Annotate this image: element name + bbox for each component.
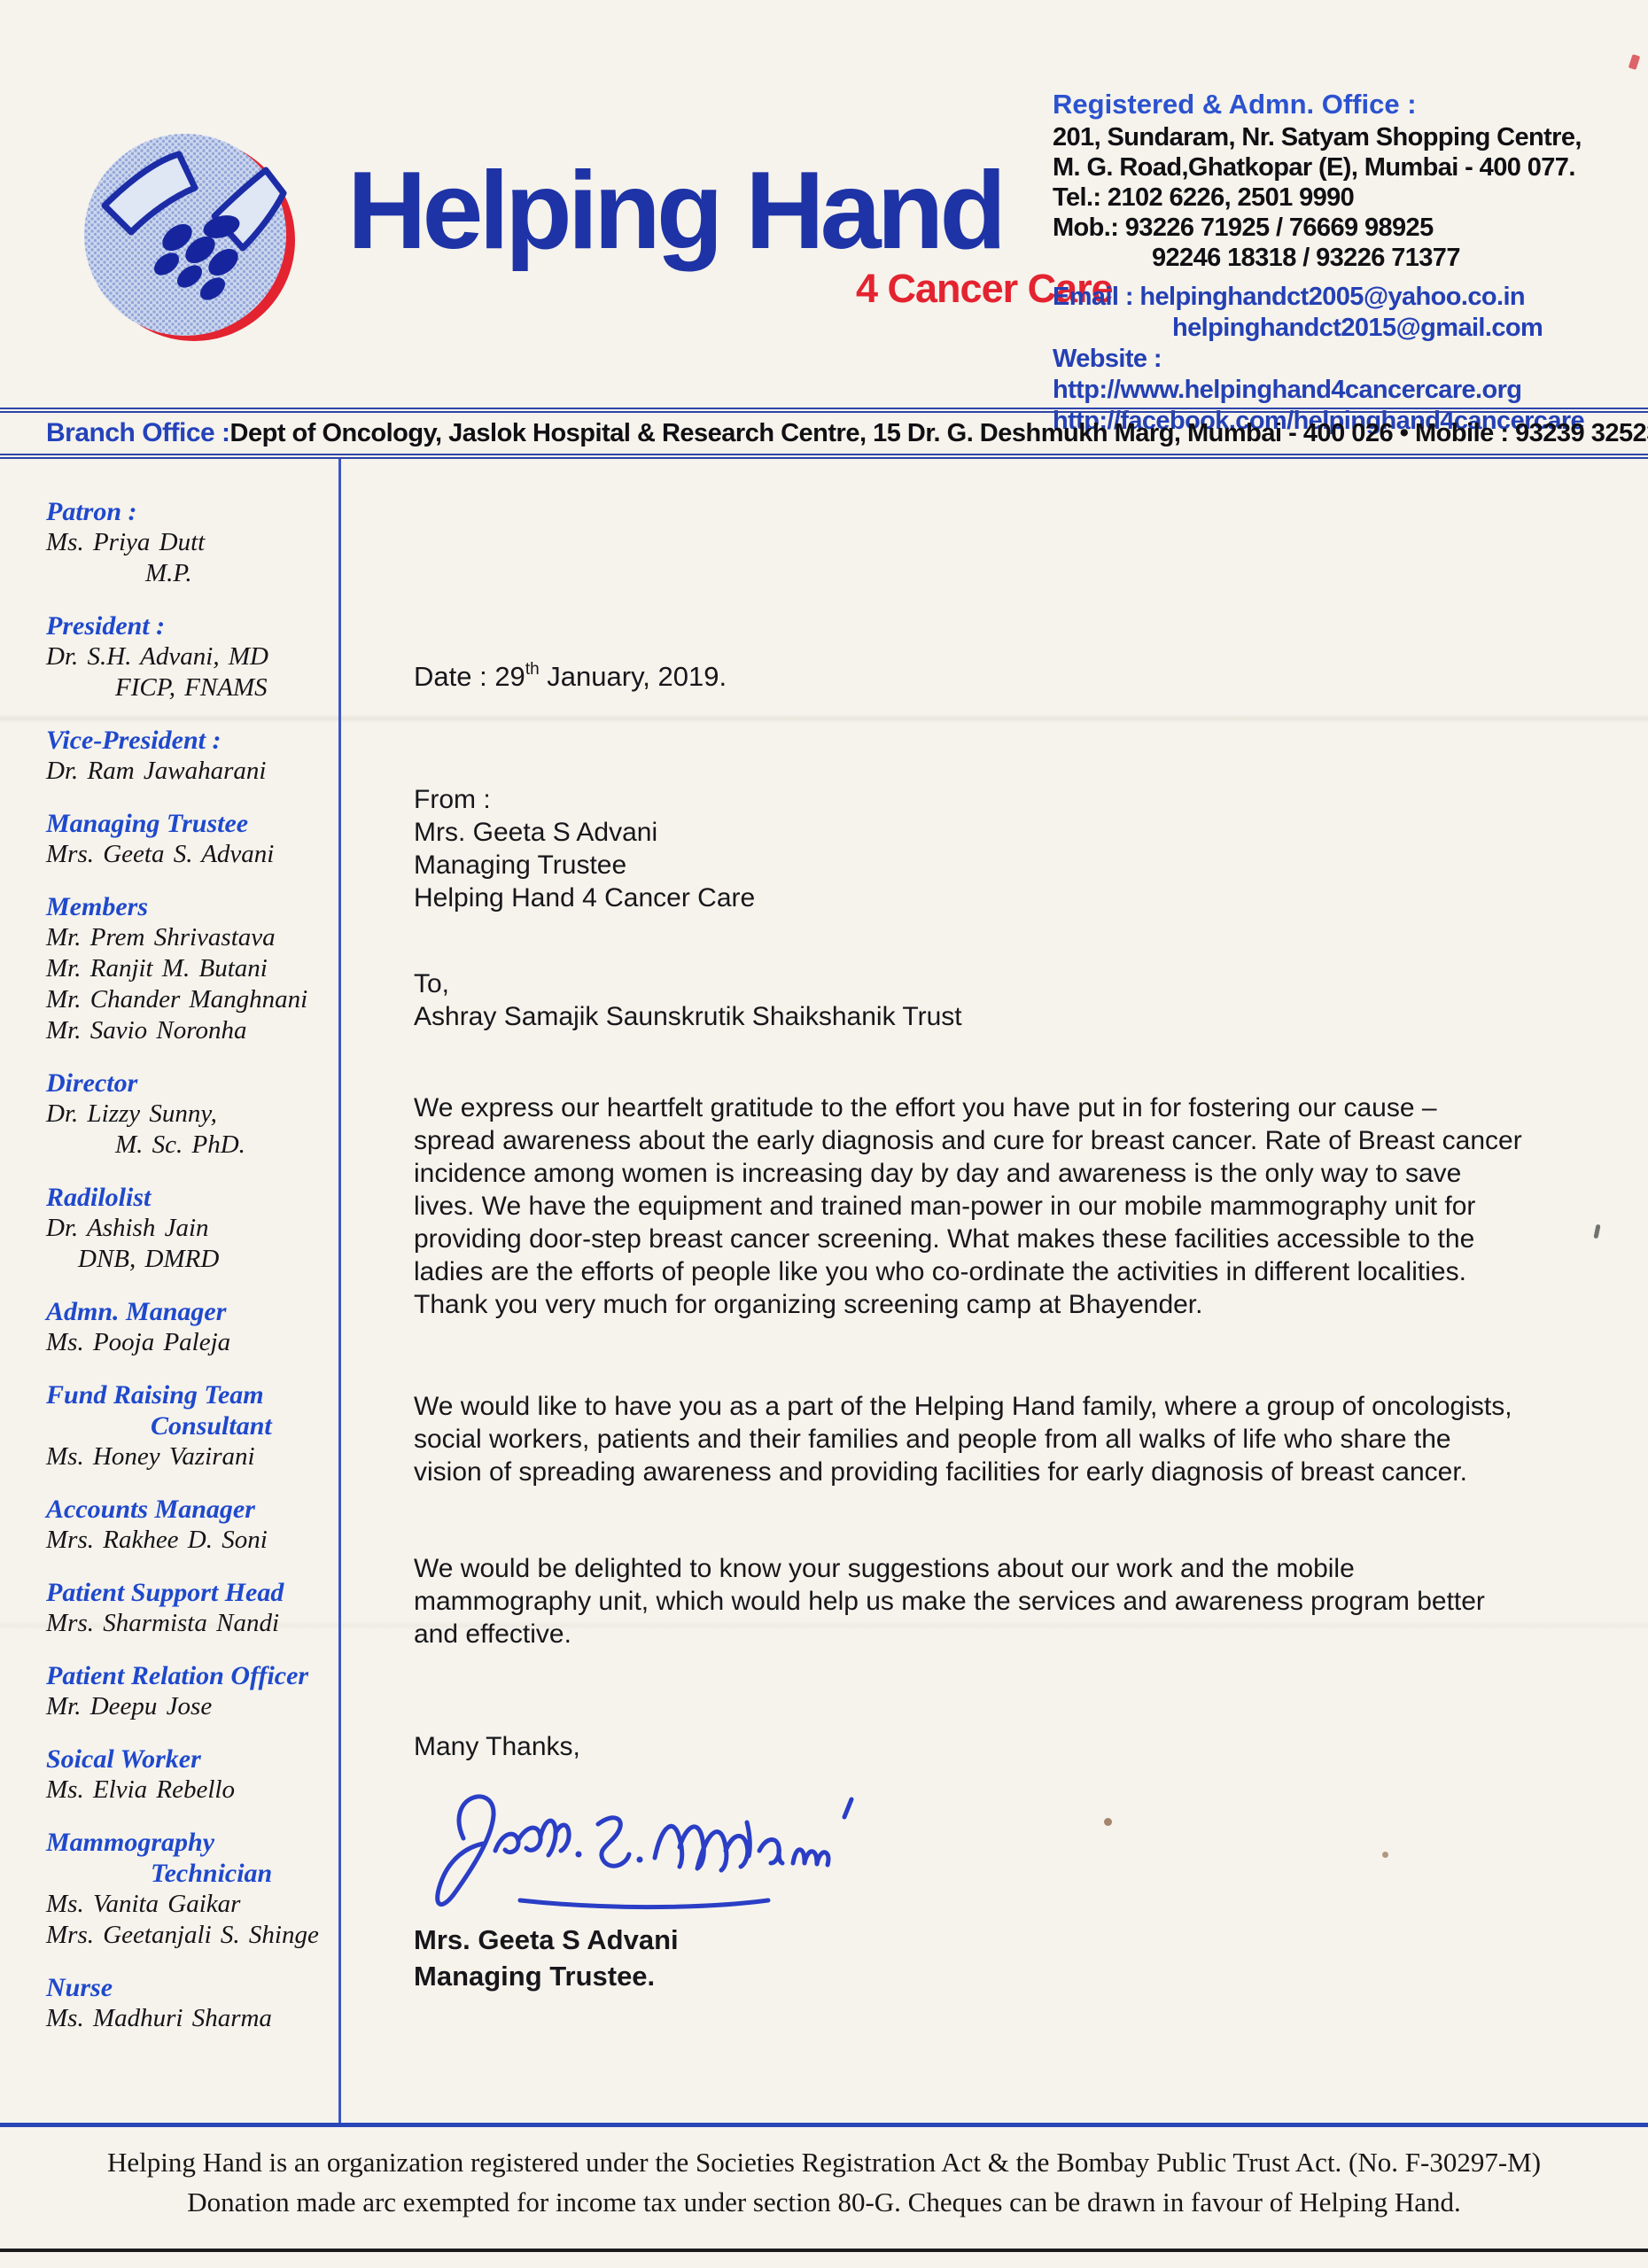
office-email: helpinghandct2015@gmail.com <box>1053 313 1629 344</box>
to-block: To, Ashray Samajik Saunskrutik Shaikshan… <box>414 967 1524 1033</box>
sidebar-row: Radilolist <box>46 1182 338 1213</box>
sidebar-row: Ms. Pooja Paleja <box>46 1327 338 1358</box>
officers-sidebar: Patron : Ms. Priya Dutt M.P. President :… <box>0 459 341 2124</box>
footer-line: Helping Hand is an organization register… <box>0 2142 1648 2182</box>
date-ordinal: th <box>525 660 540 679</box>
office-tel: Tel.: 2102 6226, 2501 9990 <box>1053 183 1629 213</box>
sidebar-row: Fund Raising Team <box>46 1379 338 1410</box>
from-block: From : Mrs. Geeta S Advani Managing Trus… <box>414 783 1524 914</box>
sidebar-row: Dr. Ashish Jain <box>46 1213 338 1244</box>
branch-office-text: Dept of Oncology, Jaslok Hospital & Rese… <box>230 419 1648 448</box>
registered-office-label: Registered & Admn. Office : <box>1053 89 1629 120</box>
sidebar-row: Admn. Manager <box>46 1296 338 1327</box>
letter-body: Date : 29th January, 2019. From : Mrs. G… <box>341 459 1648 2124</box>
sidebar-row: Ms. Priya Dutt <box>46 527 338 558</box>
from-name: Mrs. Geeta S Advani <box>414 816 1524 849</box>
sidebar-row: Dr. S.H. Advani, MD <box>46 641 338 672</box>
sidebar-row: Mr. Deepu Jose <box>46 1691 338 1722</box>
scanned-letter-page: Helping Hand 4 Cancer Care Registered & … <box>0 0 1648 2268</box>
sidebar-row: Patient Support Head <box>46 1577 338 1608</box>
sidebar-row: Mr. Ranjit M. Butani <box>46 953 338 984</box>
sidebar-row: DNB, DMRD <box>46 1244 338 1275</box>
to-label: To, <box>414 967 1524 1000</box>
sidebar-row: Mammography <box>46 1827 338 1858</box>
sidebar-row: Mr. Chander Manghnani <box>46 984 338 1015</box>
sidebar-row: Mrs. Geetanjali S. Shinge <box>46 1920 338 1951</box>
org-title: Helping Hand <box>347 156 1002 266</box>
sidebar-row: Technician <box>46 1858 338 1889</box>
signed-block: Mrs. Geeta S Advani Managing Trustee. <box>414 1922 1524 1994</box>
registered-office-block: Registered & Admn. Office : 201, Sundara… <box>1053 89 1629 437</box>
sidebar-row: Nurse <box>46 1972 338 2003</box>
footer-bottom-rule <box>0 2249 1648 2252</box>
footer-top-rule <box>0 2123 1648 2127</box>
letter-date: Date : 29th January, 2019. <box>414 661 1524 693</box>
to-name: Ashray Samajik Saunskrutik Shaikshanik T… <box>414 1000 1524 1033</box>
sidebar-row: Mr. Prem Shrivastava <box>46 922 338 953</box>
from-org: Helping Hand 4 Cancer Care <box>414 882 1524 914</box>
scan-speck <box>1104 1818 1112 1826</box>
sidebar-row: Ms. Madhuri Sharma <box>46 2003 338 2034</box>
sidebar-row: President : <box>46 610 338 641</box>
branch-office-strip: Branch Office : Dept of Oncology, Jaslok… <box>0 408 1648 459</box>
footer-registration-note: Helping Hand is an organization register… <box>0 2142 1648 2222</box>
sidebar-row: Dr. Lizzy Sunny, <box>46 1099 338 1130</box>
footer-line: Donation made arc exempted for income ta… <box>0 2182 1648 2222</box>
sidebar-row: Mr. Savio Noronha <box>46 1015 338 1046</box>
sidebar-row: Ms. Honey Vazirani <box>46 1441 338 1472</box>
office-mobile: Mob.: 93226 71925 / 76669 98925 <box>1053 213 1629 243</box>
content-area: Patron : Ms. Priya Dutt M.P. President :… <box>0 459 1648 2124</box>
sidebar-row: Consultant <box>46 1410 338 1441</box>
scan-crease <box>0 714 1648 723</box>
scan-speck <box>1382 1852 1388 1858</box>
office-address-line: M. G. Road,Ghatkopar (E), Mumbai - 400 0… <box>1053 152 1629 183</box>
sidebar-row: M.P. <box>46 558 338 589</box>
signed-role: Managing Trustee. <box>414 1958 1524 1994</box>
letter-paragraph: We express our heartfelt gratitude to th… <box>414 1091 1524 1321</box>
office-mobile: 92246 18318 / 93226 71377 <box>1053 243 1629 273</box>
sidebar-row: Vice-President : <box>46 725 338 756</box>
sidebar-row: Director <box>46 1068 338 1099</box>
sidebar-row: Ms. Elvia Rebello <box>46 1775 338 1806</box>
sidebar-row: Patron : <box>46 496 338 527</box>
from-role: Managing Trustee <box>414 849 1524 882</box>
branch-office-label: Branch Office : <box>46 418 230 448</box>
closing-line: Many Thanks, <box>414 1732 1524 1762</box>
sidebar-row: Soical Worker <box>46 1744 338 1775</box>
from-label: From : <box>414 783 1524 816</box>
sidebar-row: Mrs. Geeta S. Advani <box>46 839 338 870</box>
sidebar-row: Members <box>46 891 338 922</box>
sidebar-row: M. Sc. PhD. <box>46 1130 338 1161</box>
scan-speck <box>1629 54 1641 70</box>
sidebar-row: Managing Trustee <box>46 808 338 839</box>
office-email: Email : helpinghandct2005@yahoo.co.in <box>1053 282 1629 313</box>
sidebar-row: FICP, FNAMS <box>46 672 338 703</box>
scan-crease <box>0 1621 1648 1630</box>
office-address-line: 201, Sundaram, Nr. Satyam Shopping Centr… <box>1053 122 1629 152</box>
sidebar-row: Patient Relation Officer <box>46 1660 338 1691</box>
letter-paragraph: We would like to have you as a part of t… <box>414 1390 1524 1488</box>
office-website: Website : http://www.helpinghand4cancerc… <box>1053 344 1629 406</box>
sidebar-row: Mrs. Rakhee D. Soni <box>46 1525 338 1556</box>
sidebar-row: Accounts Manager <box>46 1494 338 1525</box>
sidebar-row: Dr. Ram Jawaharani <box>46 756 338 787</box>
handshake-logo-icon <box>78 124 301 349</box>
sidebar-row: Ms. Vanita Gaikar <box>46 1889 338 1920</box>
signed-name: Mrs. Geeta S Advani <box>414 1922 1524 1958</box>
signature-handwriting <box>414 1776 945 1918</box>
letter-paragraph: We would be delighted to know your sugge… <box>414 1552 1524 1651</box>
